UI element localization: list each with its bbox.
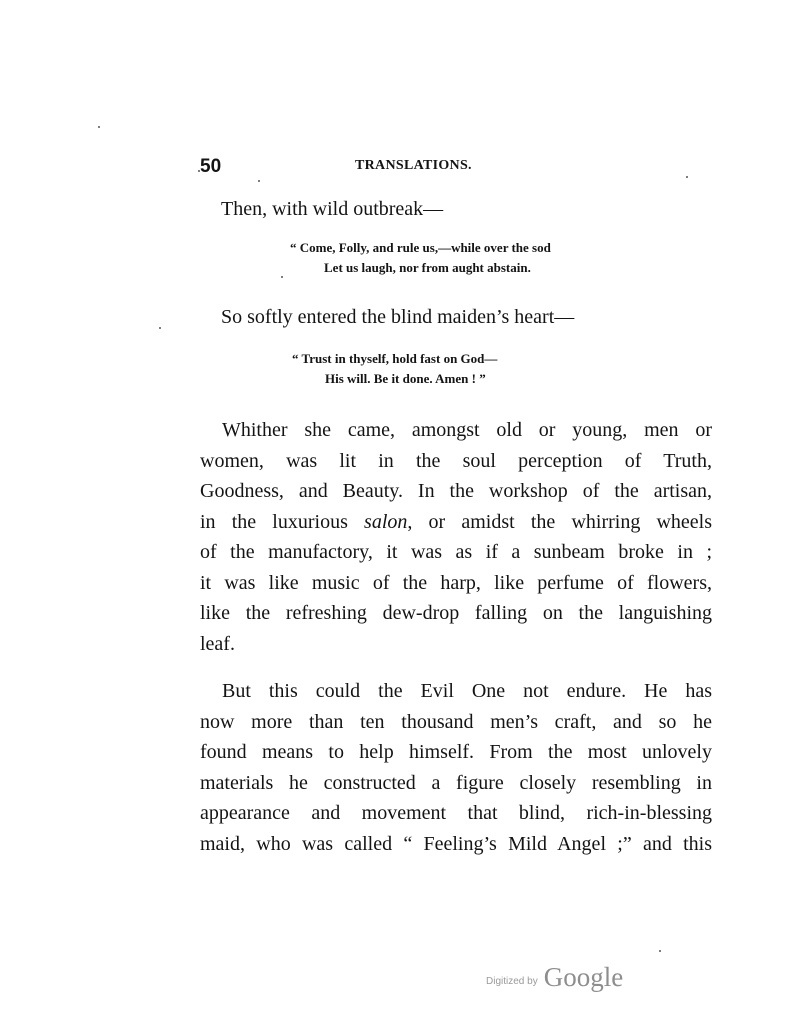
verse-line: Let us laugh, nor from aught abstain. [290,258,551,278]
paragraph-line: like the refreshing dew-drop falling on … [200,598,712,629]
scan-speck [159,327,161,329]
scan-speck [258,180,260,182]
paragraph-line: appearance and movement that blind, rich… [200,798,712,829]
lead-line-blind-maiden: So softly entered the blind maiden’s hea… [221,306,574,329]
page-number: 50 [200,156,221,178]
book-page: 50 TRANSLATIONS. Then, with wild outbrea… [0,0,798,1019]
verse-trust: “ Trust in thyself, hold fast on God— Hi… [292,349,497,389]
paragraph-line: found means to help himself. From the mo… [200,737,712,768]
scan-speck [686,176,688,178]
paragraph-line: it was like music of the harp, like perf… [200,568,712,599]
scan-speck [281,276,283,278]
paragraph-line: maid, who was called “ Feeling’s Mild An… [200,829,712,860]
scan-speck [98,126,100,128]
verse-line: “ Come, Folly, and rule us,—while over t… [290,238,551,258]
scan-speck [198,170,200,172]
paragraph-line: But this could the Evil One not endure. … [200,676,712,707]
paragraph-line: now more than ten thousand men’s craft, … [200,707,712,738]
running-title: TRANSLATIONS. [355,158,472,174]
verse-line: “ Trust in thyself, hold fast on God— [292,349,497,369]
google-logo-text: Google [544,962,623,992]
text-run: , or amidst the whirring wheels [407,511,712,533]
italic-word-salon: salon [364,511,407,533]
paragraph-whither: Whither she came, amongst old or young, … [200,415,712,659]
lead-line-wild-outbreak: Then, with wild outbreak— [221,198,443,221]
text-run: in the luxurious [200,511,348,533]
paragraph-line: in the luxurious salon, or amidst the wh… [200,507,712,538]
paragraph-line: women, was lit in the soul perception of… [200,446,712,477]
scan-speck [659,950,661,952]
paragraph-line: Goodness, and Beauty. In the workshop of… [200,476,712,507]
verse-folly: “ Come, Folly, and rule us,—while over t… [290,238,551,278]
paragraph-line: Whither she came, amongst old or young, … [200,415,712,446]
paragraph-line: of the manufactory, it was as if a sunbe… [200,537,712,568]
paragraph-line: materials he constructed a figure closel… [200,768,712,799]
verse-line: His will. Be it done. Amen ! ” [292,369,497,389]
paragraph-line: leaf. [200,629,712,660]
running-head: 50 TRANSLATIONS. [200,156,715,180]
paragraph-evil-one: But this could the Evil One not endure. … [200,676,712,859]
digitized-by-google-watermark: Digitized by Google [486,962,623,993]
digitized-label: Digitized by [486,976,538,987]
